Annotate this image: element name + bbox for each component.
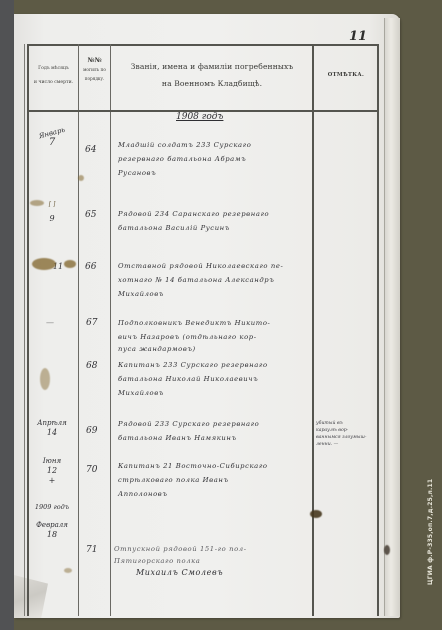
year-heading: 1908 годъ xyxy=(176,112,223,122)
burial-entry: Капитанъ 233 Сурскаго резервнаго батальо… xyxy=(118,358,268,400)
scan-left-border xyxy=(0,0,14,630)
entry-line: батальона Иванъ Намякинъ xyxy=(118,431,259,445)
entry-line: Михайловъ xyxy=(118,287,283,301)
margin-rule xyxy=(24,44,25,616)
entry-line: Русановъ xyxy=(118,166,251,180)
day: 12 xyxy=(30,466,74,476)
month: Іюня xyxy=(30,456,74,466)
grave-number: 64 xyxy=(85,145,96,155)
header-date: Годъ мѣсяцъ и число смерти. xyxy=(29,62,78,90)
burial-entry: Подполковникъ Венедиктъ Никито- вичъ Наз… xyxy=(118,316,270,354)
grave-number: 66 xyxy=(85,262,96,272)
header-remark: ОТМѢТКА. xyxy=(313,72,379,78)
month: Февраля xyxy=(30,520,74,530)
header-number: №№ могилъ по порядку. xyxy=(79,56,110,83)
entry-line: резервнаго батальона Абрамъ xyxy=(118,152,251,166)
entry-line: Михайловъ xyxy=(118,386,268,400)
stain xyxy=(78,175,84,181)
header-names-line: на Военномъ Кладбищѣ. xyxy=(112,75,312,92)
entry-line: Рядовой 233 Сурскаго резервнаго xyxy=(118,417,259,431)
burial-entry: Рядовой 233 Сурскаго резервнаго батальон… xyxy=(118,417,259,445)
row-date: Апрѣля 14 xyxy=(30,418,74,438)
stain xyxy=(30,200,44,206)
page-edge xyxy=(384,18,400,616)
entry-line: Капитанъ 21 Восточно-Сибирскаго xyxy=(118,459,268,473)
burial-entry: Отпускной рядовой 151-го пол- Пятигорска… xyxy=(114,542,247,580)
stain xyxy=(310,510,322,518)
header-date-line: Годъ мѣсяцъ xyxy=(29,62,78,76)
remark-line: караулѣ вор- xyxy=(316,427,366,434)
burial-entry: Младшій солдатъ 233 Сурскаго резервнаго … xyxy=(118,138,251,180)
column-divider xyxy=(312,44,314,616)
entry-line: Младшій солдатъ 233 Сурскаго xyxy=(118,138,251,152)
header-number-line: могилъ по xyxy=(79,65,110,74)
grave-number: 67 xyxy=(86,318,97,328)
grave-number: 69 xyxy=(86,426,97,436)
grave-number: 65 xyxy=(85,210,96,220)
burial-entry: Отставной рядовой Николаевскаго пе- хотн… xyxy=(118,259,283,301)
entry-line: стрѣлковаго полка Иванъ xyxy=(118,473,268,487)
header-names-line: Званія, имена и фамиліи погребенныхъ xyxy=(112,58,312,75)
header-date-line: и число смерти. xyxy=(29,76,78,90)
remark-line: ленни. — xyxy=(316,441,366,448)
entry-line: батальона Николай Николаевичъ xyxy=(118,372,268,386)
grave-number: 68 xyxy=(86,361,97,371)
entry-line: Подполковникъ Венедиктъ Никито- xyxy=(118,316,270,330)
month: Апрѣля xyxy=(30,418,74,428)
day: — xyxy=(28,318,72,328)
entry-line: Капитанъ 233 Сурскаго резервнаго xyxy=(118,358,268,372)
entry-line: вичъ Назаровъ (отдѣльнаго кор- xyxy=(118,330,270,344)
day: 18 xyxy=(30,530,74,540)
entry-line: Апполоновъ xyxy=(118,487,268,501)
entry-line: Рядовой 234 Саранскаго резервнаго xyxy=(118,207,269,221)
header-number-symbol: №№ xyxy=(79,56,110,65)
row-date: Январь 7 xyxy=(30,128,74,148)
burial-entry: Капитанъ 21 Восточно-Сибирскаго стрѣлков… xyxy=(118,459,268,501)
entry-line: хотнаго № 14 батальона Александръ xyxy=(118,273,283,287)
header-number-line: порядку. xyxy=(79,74,110,83)
year-note: 1909 годъ xyxy=(30,502,74,512)
entry-line: Пятигорскаго полка xyxy=(114,556,247,566)
entry-line: Отставной рядовой Николаевскаго пе- xyxy=(118,259,283,273)
row-date: Іюня 12 + xyxy=(30,456,74,486)
day: 14 xyxy=(30,428,74,438)
stain xyxy=(32,258,56,270)
remark-line: убитый въ xyxy=(316,420,366,427)
page-number: 11 xyxy=(349,29,367,44)
entry-line: батальона Василій Русинъ xyxy=(118,221,269,235)
cross-mark: + xyxy=(30,476,74,486)
entry-line: Отпускной рядовой 151-го пол- xyxy=(114,542,247,556)
burial-entry: Рядовой 234 Саранскаго резервнаго баталь… xyxy=(118,207,269,235)
row-date: — xyxy=(28,318,72,328)
archive-citation: ЦГИА ф.Р-335,оп.7,д.25,л.11 xyxy=(427,479,434,585)
remark-line: ваннымся злоумыш- xyxy=(316,434,366,441)
stain xyxy=(64,568,72,573)
remark-note: убитый въ караулѣ вор- ваннымся злоумыш-… xyxy=(316,420,366,448)
stain xyxy=(64,260,76,268)
entry-line: пуса жандармовъ) xyxy=(118,344,270,354)
column-divider xyxy=(78,44,79,616)
grave-number: 70 xyxy=(86,465,97,475)
grave-number: 71 xyxy=(86,545,97,555)
column-divider xyxy=(110,44,111,616)
day: 9 xyxy=(30,214,74,224)
header-names: Званія, имена и фамиліи погребенныхъ на … xyxy=(112,58,312,92)
entry-line: Михаилъ Смолевъ xyxy=(114,566,247,580)
stain xyxy=(40,368,50,390)
row-date: 1909 годъ Февраля 18 xyxy=(30,502,74,540)
stain xyxy=(384,545,390,555)
